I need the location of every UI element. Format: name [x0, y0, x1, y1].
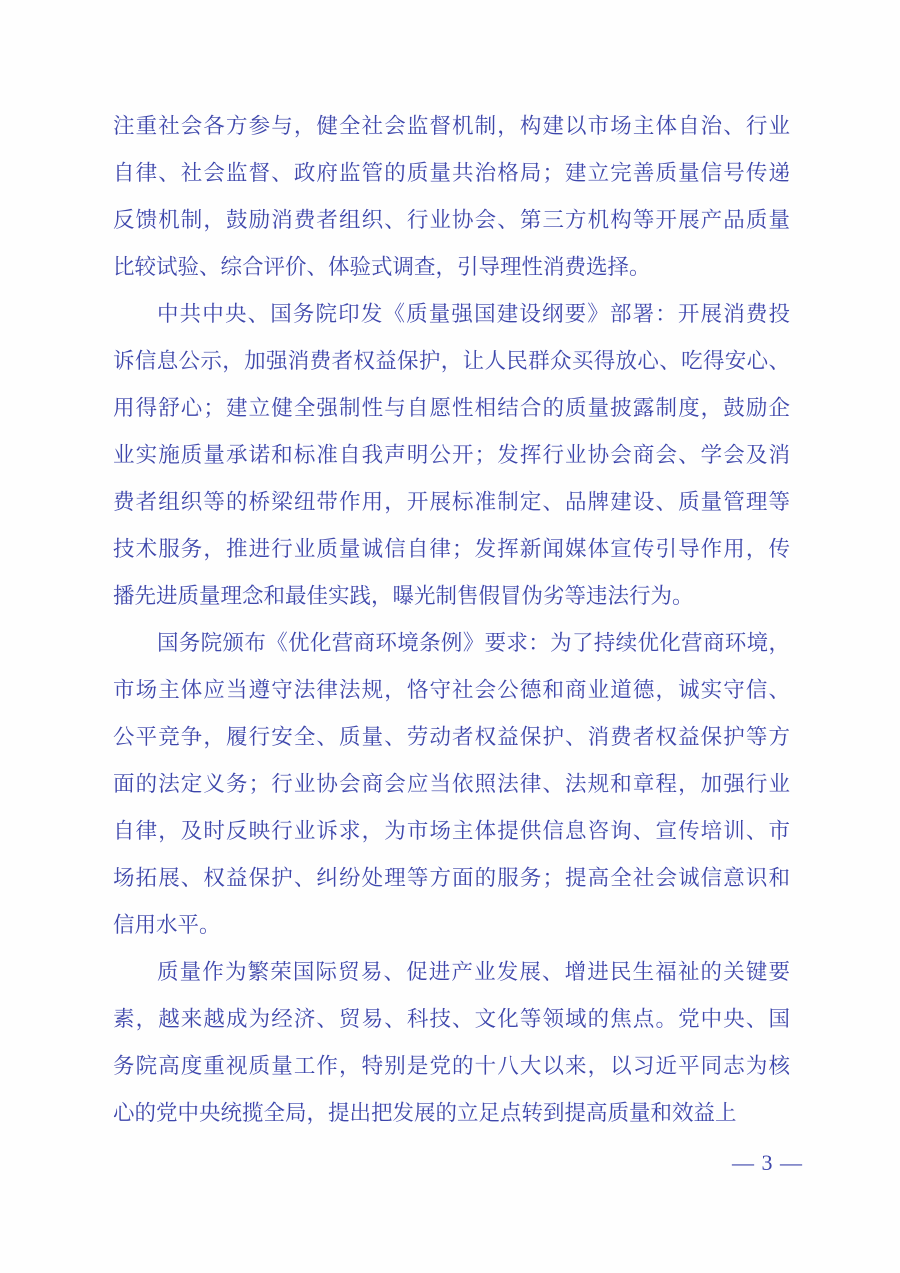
page-number: — 3 — — [732, 1146, 803, 1180]
text-line: 质量作为繁荣国际贸易、促进产业发展、增进民生福祉的关键要 — [113, 949, 790, 996]
text-line: 公平竞争，履行安全、质量、劳动者权益保护、消费者权益保护等方 — [113, 714, 790, 761]
text-line: 心的党中央统揽全局，提出把发展的立足点转到提高质量和效益上 — [113, 1090, 790, 1137]
paragraph: 中共中央、国务院印发《质量强国建设纲要》部署：开展消费投诉信息公示，加强消费者权… — [113, 291, 790, 620]
text-line: 场拓展、权益保护、纠纷处理等方面的服务；提高全社会诚信意识和 — [113, 855, 790, 902]
text-line: 自律，及时反映行业诉求，为市场主体提供信息咨询、宣传培训、市 — [113, 808, 790, 855]
text-line: 面的法定义务；行业协会商会应当依照法律、法规和章程，加强行业 — [113, 761, 790, 808]
document-page: 注重社会各方参与，健全社会监督机制，构建以市场主体自治、行业自律、社会监督、政府… — [0, 0, 900, 1273]
text-line: 反馈机制，鼓励消费者组织、行业协会、第三方机构等开展产品质量 — [113, 197, 790, 244]
text-line: 中共中央、国务院印发《质量强国建设纲要》部署：开展消费投 — [113, 291, 790, 338]
text-line: 务院高度重视质量工作，特别是党的十八大以来，以习近平同志为核 — [113, 1043, 790, 1090]
text-line: 注重社会各方参与，健全社会监督机制，构建以市场主体自治、行业 — [113, 103, 790, 150]
paragraph: 国务院颁布《优化营商环境条例》要求：为了持续优化营商环境，市场主体应当遵守法律法… — [113, 620, 790, 949]
text-line: 自律、社会监督、政府监管的质量共治格局；建立完善质量信号传递 — [113, 150, 790, 197]
text-line: 信用水平。 — [113, 902, 790, 949]
text-line: 技术服务，推进行业质量诚信自律；发挥新闻媒体宣传引导作用，传 — [113, 526, 790, 573]
paragraph: 注重社会各方参与，健全社会监督机制，构建以市场主体自治、行业自律、社会监督、政府… — [113, 103, 790, 291]
text-line: 诉信息公示，加强消费者权益保护，让人民群众买得放心、吃得安心、 — [113, 338, 790, 385]
text-line: 市场主体应当遵守法律法规，恪守社会公德和商业道德，诚实守信、 — [113, 667, 790, 714]
text-line: 播先进质量理念和最佳实践，曝光制售假冒伪劣等违法行为。 — [113, 573, 790, 620]
document-body: 注重社会各方参与，健全社会监督机制，构建以市场主体自治、行业自律、社会监督、政府… — [113, 103, 790, 1137]
text-line: 比较试验、综合评价、体验式调查，引导理性消费选择。 — [113, 244, 790, 291]
text-line: 国务院颁布《优化营商环境条例》要求：为了持续优化营商环境， — [113, 620, 790, 667]
text-line: 用得舒心；建立健全强制性与自愿性相结合的质量披露制度，鼓励企 — [113, 385, 790, 432]
text-line: 费者组织等的桥梁纽带作用，开展标准制定、品牌建设、质量管理等 — [113, 479, 790, 526]
text-line: 素，越来越成为经济、贸易、科技、文化等领域的焦点。党中央、国 — [113, 996, 790, 1043]
paragraph: 质量作为繁荣国际贸易、促进产业发展、增进民生福祉的关键要素，越来越成为经济、贸易… — [113, 949, 790, 1137]
text-line: 业实施质量承诺和标准自我声明公开；发挥行业协会商会、学会及消 — [113, 432, 790, 479]
